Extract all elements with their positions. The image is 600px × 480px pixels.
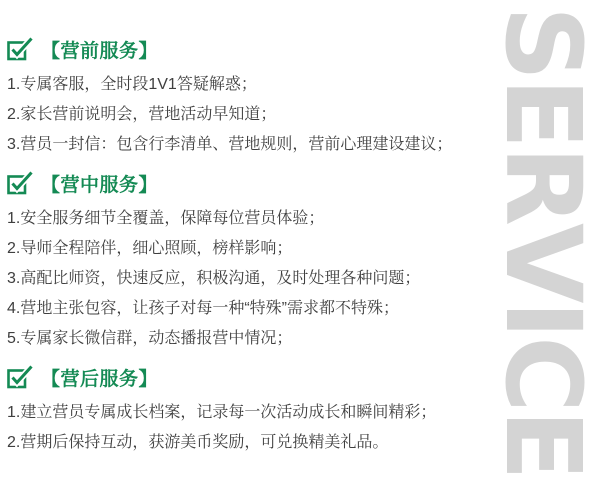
service-item: 1.专属客服，全时段1V1答疑解惑； <box>7 70 485 100</box>
section-pre-camp: 【营前服务】 1.专属客服，全时段1V1答疑解惑； 2.家长营前说明会，营地活动… <box>7 36 485 160</box>
service-item: 2.家长营前说明会，营地活动早知道； <box>7 100 485 130</box>
service-item: 4.营地主张包容，让孩子对每一种“特殊”需求都不特殊； <box>7 294 485 324</box>
service-item: 5.专属家长微信群，动态播报营中情况； <box>7 324 485 354</box>
section-post-camp-items: 1.建立营员专属成长档案，记录每一次活动成长和瞬间精彩； 2.营期后保持互动，获… <box>7 398 485 458</box>
section-post-camp: 【营后服务】 1.建立营员专属成长档案，记录每一次活动成长和瞬间精彩； 2.营期… <box>7 364 485 458</box>
service-item: 2.导师全程陪伴，细心照顾，榜样影响； <box>7 234 485 264</box>
service-watermark-text: SERVICE <box>482 6 600 478</box>
section-mid-camp-heading: 【营中服务】 <box>7 170 485 196</box>
section-mid-camp: 【营中服务】 1.安全服务细节全覆盖，保障每位营员体验； 2.导师全程陪伴，细心… <box>7 170 485 354</box>
section-pre-camp-heading: 【营前服务】 <box>7 36 485 62</box>
service-item: 2.营期后保持互动，获游美币奖励，可兑换精美礼品。 <box>7 428 485 458</box>
service-item: 3.营员一封信：包含行李清单、营地规则，营前心理建设建议； <box>7 130 485 160</box>
checkbox-check-icon <box>7 37 34 61</box>
service-watermark: SERVICE <box>490 6 596 478</box>
checkbox-check-icon <box>7 365 34 389</box>
service-item: 1.建立营员专属成长档案，记录每一次活动成长和瞬间精彩； <box>7 398 485 428</box>
section-pre-camp-items: 1.专属客服，全时段1V1答疑解惑； 2.家长营前说明会，营地活动早知道； 3.… <box>7 70 485 160</box>
service-item: 3.高配比师资，快速反应，积极沟通，及时处理各种问题； <box>7 264 485 294</box>
section-mid-camp-items: 1.安全服务细节全覆盖，保障每位营员体验； 2.导师全程陪伴，细心照顾，榜样影响… <box>7 204 485 354</box>
checkbox-check-icon <box>7 171 34 195</box>
service-content: 【营前服务】 1.专属客服，全时段1V1答疑解惑； 2.家长营前说明会，营地活动… <box>7 36 485 468</box>
section-post-camp-heading: 【营后服务】 <box>7 364 485 390</box>
section-title: 【营后服务】 <box>41 364 158 391</box>
service-item: 1.安全服务细节全覆盖，保障每位营员体验； <box>7 204 485 234</box>
section-title: 【营中服务】 <box>41 170 158 197</box>
section-title: 【营前服务】 <box>41 36 158 63</box>
service-page: SERVICE 【营前服务】 1.专属客服，全时段1V1答疑解惑； 2.家长营前… <box>0 0 600 480</box>
